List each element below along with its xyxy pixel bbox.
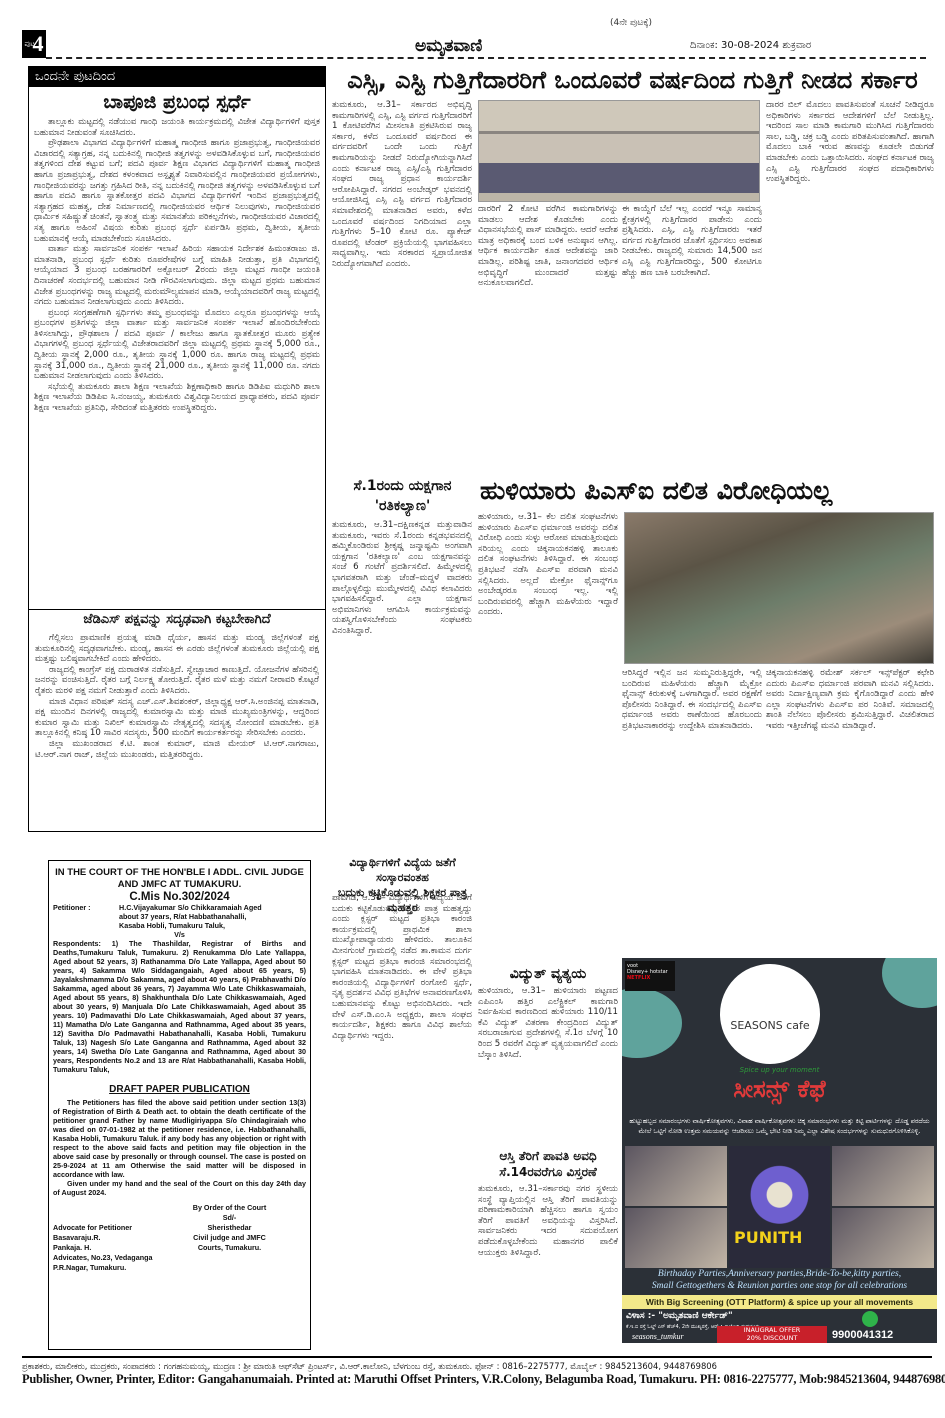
paragraph: ಮಾಜಿ ವಿಧಾನ ಪರಿಷತ್ ಸದಸ್ಯ ಎಚ್.ಎಸ್.ಶಿವಶಂಕರ್… — [35, 697, 319, 739]
jds-article: ಜೆಡಿಎಸ್ ಪಕ್ಷವನ್ನು ಸದೃಢವಾಗಿ ಕಟ್ಟಬೇಕಾಗಿದೆ … — [28, 610, 326, 832]
brand-name: SEASONS cafe — [730, 1019, 809, 1032]
paragraph: ಜಿಲ್ಲಾ ಮುಖಂಡರಾದ ಕೆ.ಟಿ. ಶಾಂತ ಕುಮಾರ್, ಮಾಜಿ… — [35, 739, 319, 760]
court-name: IN THE COURT OF THE HON'BLE I ADDL. CIVI… — [53, 867, 306, 891]
advocate-line: Pankaja. H. — [53, 1243, 306, 1253]
supplement-note: (4ನೇ ಪುಟಕ್ಕೆ) — [610, 18, 652, 28]
offer-ribbon: INAUGRAL OFFER 20% DISCOUNT — [717, 1326, 827, 1343]
court-notice: IN THE COURT OF THE HON'BLE I ADDL. CIVI… — [48, 860, 311, 1350]
continued-from-label: ಒಂದನೇ ಪುಟದಿಂದ — [29, 67, 325, 87]
headline-line: ಸೆ.1ರಂದು ಯಕ್ಷಗಾನ — [330, 476, 475, 496]
offer-line: 20% DISCOUNT — [717, 1334, 827, 1342]
ott-logo: NETFLIX — [627, 975, 673, 981]
venue-photo — [625, 1146, 727, 1206]
lead-column-4: ದಾರರ ಬಿಲ್ ಮೊದಲು ಪಾವತಿಸುವಂತೆ ಸೂಚನೆ ನೀಡಿದ್… — [766, 100, 934, 470]
petitioner-label: Petitioner : — [53, 903, 119, 930]
huliyar-column-2: ಆರಿಸಿದ್ದರೆ ಇಲ್ಲಿನ ಜನ ಸುಮ್ಮನಿರುತ್ತಿದ್ದರೇ,… — [622, 668, 762, 953]
imprint-kannada: ಪ್ರಕಾಶಕರು, ಮಾಲೀಕರು, ಮುದ್ರಕರು, ಸಂಪಾದಕರು :… — [22, 1361, 932, 1372]
phone-number: 9900041312 — [832, 1329, 893, 1341]
lead-column-2: ದಾರರಿಗೆ 2 ಕೋಟಿ ವರೆಗಿನ ಕಾಮಗಾರಿಗಳನ್ನು ಮಾಡಲ… — [478, 204, 618, 470]
venue-photo — [729, 1146, 831, 1268]
venue-photos — [625, 1146, 934, 1268]
paragraph: ವಾರ್ತಾ ಮತ್ತು ಸಾರ್ವಜನಿಕ ಸಂಪರ್ಕ ಇಲಾಖೆ ಹಿರಿ… — [34, 244, 320, 308]
notice-body: The Petitioners has filed the above said… — [53, 1098, 306, 1179]
issue-date: ದಿನಾಂಕ: 30-08-2024 ಶುಕ್ರವಾರ — [690, 40, 811, 51]
lead-headline: ಎಸ್ಸಿ, ಎಸ್ಟಿ ಗುತ್ತಿಗೆದಾರರಿಗೆ ಒಂದೂವರೆ ವರ್… — [330, 66, 935, 94]
order-line: By Order of the Court — [153, 1203, 306, 1213]
advert-description: ಹುಟ್ಟುಹಬ್ಬದ ಸಮಾರಂಭಗಳು ವಾರ್ಷಿಕೋತ್ಸವಗಳು, ವ… — [628, 1116, 931, 1136]
advocate-line: Advicates, No.23, Vedaganga — [53, 1253, 306, 1263]
brand-tagline: Spice up your moment — [622, 1066, 937, 1074]
paragraph: ಗೆಲ್ಲಿಸಲು ಪ್ರಾಮಾಣಿಕ ಪ್ರಯತ್ನ ಮಾಡಿ ಧೈರ್ಯ, … — [35, 633, 319, 665]
article-title: ಬಾಪೂಜಿ ಪ್ರಬಂಧ ಸ್ಪರ್ಧೆ — [29, 91, 325, 113]
whatsapp-icon — [862, 1311, 878, 1327]
article-body: ತಾಲ್ಲೂಕು ಮಟ್ಟದಲ್ಲಿ ನಡೆಯುವ ಗಾಂಧಿ ಜಯಂತಿ ಕಾ… — [29, 117, 325, 414]
decor-shape — [622, 988, 682, 1058]
huliyar-column-1: ಹುಳಿಯಾರು, ಆ.31– ಕೆಲ ದಲಿತ ಸಂಘಟನೆಗಳು ಹುಳಿಯ… — [478, 512, 618, 957]
masthead: ಅಮೃತವಾಣಿ — [415, 36, 482, 56]
huliyar-headline: ಹುಳಿಯಾರು ಪಿಎಸ್ಐ ದಲಿತ ವಿರೋಧಿಯಲ್ಲ — [480, 476, 940, 506]
imprint-english: Publisher, Owner, Printer, Editor: Ganga… — [22, 1372, 932, 1387]
case-number: C.Mis No.302/2024 — [53, 891, 306, 903]
vidya-body: ಪಾವಗಡ, ಆ.31– ವಿದ್ಯಾರ್ಥಿಗಳಿಗೆ ವಿದ್ಯೆಯ ಜತೆ… — [332, 893, 472, 1348]
paragraph: ಪ್ರೌಢಶಾಲಾ ವಿಭಾಗದ ವಿದ್ಯಾರ್ಥಿಗಳಿಗೆ ಮಹಾತ್ಮ … — [34, 138, 320, 244]
offer-line: INAUGRAL OFFER — [717, 1326, 827, 1334]
party-line: Small Gettogethers & Reunion parties one… — [622, 1280, 937, 1292]
headline-line: ವಿದ್ಯಾರ್ಥಿಗಳಿಗೆ ವಿದ್ಯೆಯ ಜತೆಗೆ ಸಂಸ್ಕಾರವಂತ… — [330, 855, 475, 885]
advocate-line: Basavaraju.R. — [53, 1233, 306, 1243]
venue-photo — [832, 1208, 934, 1268]
order-line: Sd/- — [153, 1213, 306, 1223]
header-divider — [46, 57, 926, 59]
venue-photo — [832, 1146, 934, 1206]
seasons-cafe-advert: voot Disney+ hotstar NETFLIX SEASONS caf… — [622, 958, 937, 1343]
yakshagana-headline: ಸೆ.1ರಂದು ಯಕ್ಷಗಾನ 'ರತಿಕಲ್ಯಾಣ' — [330, 476, 475, 516]
paragraph: ರಾಜ್ಯದಲ್ಲಿ ಕಾಂಗ್ರೆಸ್ ಪಕ್ಷ ದುರಾಡಳಿತ ನಡೆಸು… — [35, 665, 319, 697]
page-label: ಪುಟ — [25, 41, 33, 48]
page-number-box: ಪುಟ 4 — [22, 30, 46, 58]
venue-photo — [625, 1208, 727, 1268]
paragraph: ಸಭೆಯಲ್ಲಿ ತುಮಕೂರು ಶಾಲಾ ಶಿಕ್ಷಣ ಇಲಾಖೆಯ ಶಿಕ್… — [34, 382, 320, 414]
imprint-footer: ಪ್ರಕಾಶಕರು, ಮಾಲೀಕರು, ಮುದ್ರಕರು, ಸಂಪಾದಕರು :… — [22, 1356, 932, 1387]
yakshagana-body: ತುಮಕೂರು, ಆ.31–ದಕ್ಷಿಣಕನ್ನಡ ಮತ್ತುವಾಡಿನ ತುಮ… — [332, 520, 472, 845]
lead-column-3: ಈ ಕಾಯ್ದೆಗೆ ಬೆಲೆ ಇಲ್ಲ ಎಂದರೆ ಇನ್ನೂ ಸಾಮಾನ್ಯ… — [622, 204, 762, 470]
asti-headline: ಆಸ್ತಿ ತೆರಿಗೆ ಪಾವತಿ ಅವಧಿ ಸೆ.14ರವರೆಗೂ ವಿಸ್… — [478, 1148, 618, 1180]
press-meet-photo — [478, 100, 760, 202]
decor-shape — [882, 958, 937, 1008]
headline-line: 'ರತಿಕಲ್ಯಾಣ' — [330, 496, 475, 516]
ott-logos: voot Disney+ hotstar NETFLIX — [625, 961, 675, 991]
continued-article-box: ಒಂದನೇ ಪುಟದಿಂದ ಬಾಪೂಜಿ ಪ್ರಬಂಧ ಸ್ಪರ್ಧೆ ತಾಲ್… — [28, 66, 326, 610]
respondents: Respondents: 1) The Thashildar, Registra… — [53, 939, 306, 1074]
petitioner-row: Petitioner : H.C.Vijayakumar S/o Chikkar… — [53, 903, 306, 930]
paragraph: ಪ್ರಬಂಧ ಸಂಗ್ರಹಣೆಗಾಗಿ ಸ್ಪರ್ಧಿಗಳು ತಮ್ಮ ಪ್ರಬ… — [34, 308, 320, 382]
versus: V/s — [53, 930, 306, 939]
cake-text: PUNITH — [734, 1228, 802, 1247]
page-number: 4 — [33, 31, 44, 57]
ott-banner: With Big Screening (OTT Platform) & spic… — [622, 1295, 937, 1309]
draft-title: DRAFT PAPER PUBLICATION — [53, 1084, 306, 1095]
headline-line: ಸೆ.14ರವರೆಗೂ ವಿಸ್ತರಣೆ — [478, 1164, 618, 1180]
advocate-line: Advocate for Petitioner — [53, 1223, 306, 1233]
protest-photo — [624, 512, 934, 664]
lead-column-1: ತುಮಕೂರು, ಆ.31– ಸರ್ಕಾರದ ಅಭಿವೃದ್ಧಿ ಕಾಮಗಾರಿ… — [332, 100, 472, 470]
address-label: ವಿಳಾಸ :- "ಅಮೃತವಾಣಿ ಆರ್ಕೇಡ್" — [626, 1311, 733, 1321]
vidyut-headline: ವಿದ್ಯುತ್ ವ್ಯತ್ಯಯ — [478, 966, 618, 982]
instagram-handle: seasons_tumkur — [632, 1332, 684, 1341]
vidyut-body: ಹುಳಿಯಾರು, ಆ.31– ಹುಳಿಯಾರು ಪಟ್ಟಣದ ಎಪಿಎಂಸಿ … — [478, 986, 618, 1144]
paragraph: ತಾಲ್ಲೂಕು ಮಟ್ಟದಲ್ಲಿ ನಡೆಯುವ ಗಾಂಧಿ ಜಯಂತಿ ಕಾ… — [34, 117, 320, 138]
party-types: Birthaday Parties,Anniversary parties,Br… — [622, 1268, 937, 1292]
advocate-block: Advocate for Petitioner Basavaraju.R. Pa… — [53, 1223, 306, 1273]
advocate-line: P.R.Nagar, Tumakuru. — [53, 1263, 306, 1273]
seasons-logo: SEASONS cafe — [720, 964, 820, 1064]
article-body: ಗೆಲ್ಲಿಸಲು ಪ್ರಾಮಾಣಿಕ ಪ್ರಯತ್ನ ಮಾಡಿ ಧೈರ್ಯ, … — [35, 633, 319, 760]
notice-given: Given under my hand and the seal of the … — [53, 1179, 306, 1197]
petitioner-details: H.C.Vijayakumar S/o Chikkaramaiah Aged a… — [119, 903, 269, 930]
asti-body: ತುಮಕೂರು, ಆ.31–ಸರ್ಕಾರವು ನಗರ ಸ್ಥಳೀಯ ಸಂಸ್ಥೆ… — [478, 1184, 618, 1348]
party-line: Birthaday Parties,Anniversary parties,Br… — [622, 1268, 937, 1280]
article-title: ಜೆಡಿಎಸ್ ಪಕ್ಷವನ್ನು ಸದೃಢವಾಗಿ ಕಟ್ಟಬೇಕಾಗಿದೆ — [35, 612, 319, 627]
huliyar-column-3: ಚಿಕ್ಕನಾಯಕನಹಳ್ಳಿ ರಮೇಶ್ ಸರ್ಕಲ್ ಇನ್ಸ್‌ಪೆಕ್ಟ… — [766, 668, 934, 953]
brand-name-kannada: ಸೀಸನ್ಸ್ ಕೆಫೆ — [622, 1075, 937, 1103]
headline-line: ಆಸ್ತಿ ತೆರಿಗೆ ಪಾವತಿ ಅವಧಿ — [478, 1148, 618, 1164]
